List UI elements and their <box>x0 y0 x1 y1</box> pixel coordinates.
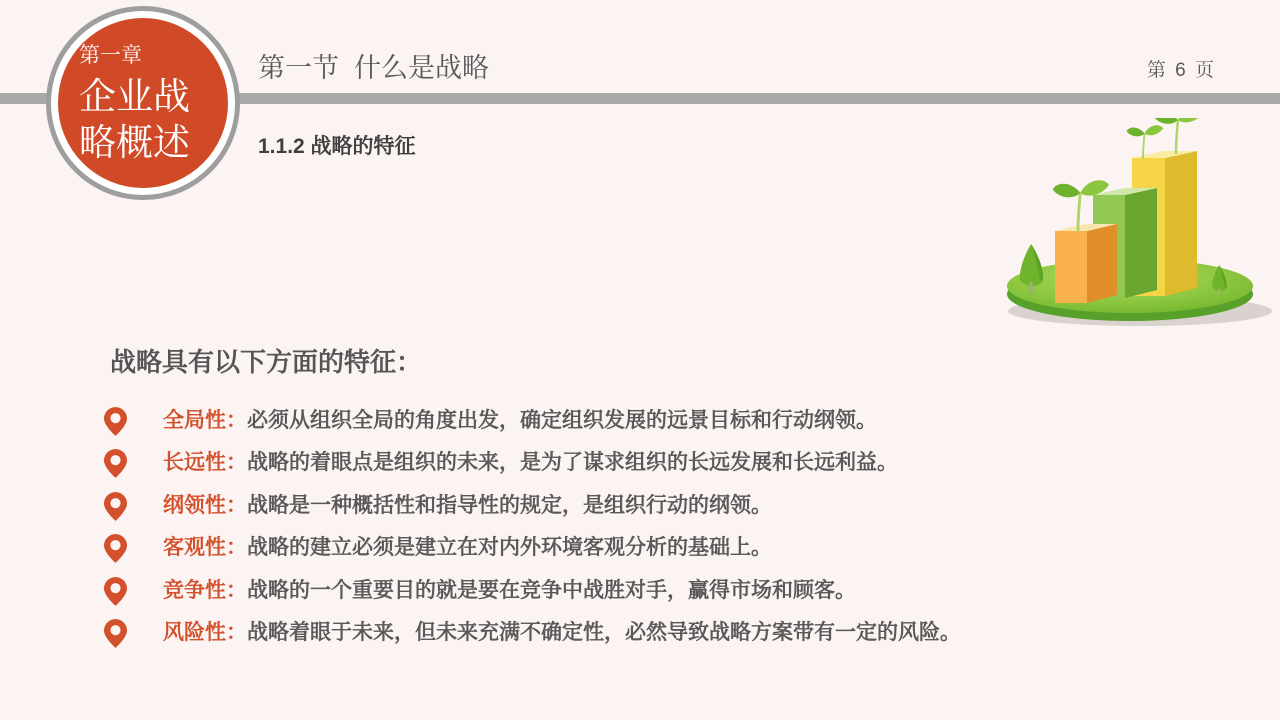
bullet-term: 长远性 <box>163 451 226 474</box>
chapter-label: 第一章 <box>79 43 228 69</box>
bullet-colon: ： <box>226 579 247 602</box>
bullet-colon: ： <box>226 409 247 432</box>
bullet-text: 客观性：战略的建立必须是建立在对内外环境客观分析的基础上。 <box>163 537 772 558</box>
location-pin-icon <box>104 449 127 478</box>
bullet-colon: ： <box>226 494 247 517</box>
bullet-item: 纲领性：战略是一种概括性和指导性的规定，是组织行动的纲领。 <box>104 484 961 527</box>
bullet-text: 纲领性：战略是一种概括性和指导性的规定，是组织行动的纲领。 <box>163 495 772 516</box>
section-title: 第一节 什么是战略 <box>258 46 489 85</box>
bullet-description: 战略是一种概括性和指导性的规定，是组织行动的纲领。 <box>247 494 772 517</box>
bullet-list: 全局性：必须从组织全局的角度出发，确定组织发展的远景目标和行动纲领。 长远性：战… <box>104 399 961 654</box>
location-pin-icon <box>104 619 127 648</box>
bullet-description: 必须从组织全局的角度出发，确定组织发展的远景目标和行动纲领。 <box>247 409 877 432</box>
bullet-description: 战略的一个重要目的就是要在竞争中战胜对手，赢得市场和顾客。 <box>247 579 856 602</box>
bullet-item: 全局性：必须从组织全局的角度出发，确定组织发展的远景目标和行动纲领。 <box>104 399 961 442</box>
bullet-item: 风险性：战略着眼于未来，但未来充满不确定性，必然导致战略方案带有一定的风险。 <box>104 612 961 655</box>
bullet-description: 战略的着眼点是组织的未来，是为了谋求组织的长远发展和长远利益。 <box>247 451 898 474</box>
bullet-colon: ： <box>226 536 247 559</box>
location-pin-icon <box>104 534 127 563</box>
chapter-badge-circle: 第一章 企业战 略概述 <box>58 18 228 188</box>
bullet-text: 全局性：必须从组织全局的角度出发，确定组织发展的远景目标和行动纲领。 <box>163 410 877 431</box>
location-pin-icon <box>104 577 127 606</box>
bullet-description: 战略的建立必须是建立在对内外环境客观分析的基础上。 <box>247 536 772 559</box>
bullet-term: 客观性 <box>163 536 226 559</box>
chapter-badge: 第一章 企业战 略概述 <box>46 6 240 200</box>
bullet-description: 战略着眼于未来，但未来充满不确定性，必然导致战略方案带有一定的风险。 <box>247 621 961 644</box>
bullet-text: 竞争性：战略的一个重要目的就是要在竞争中战胜对手，赢得市场和顾客。 <box>163 580 856 601</box>
bullet-term: 竞争性 <box>163 579 226 602</box>
bullet-term: 全局性 <box>163 409 226 432</box>
content-heading: 战略具有以下方面的特征： <box>110 342 422 379</box>
location-pin-icon <box>104 492 127 521</box>
bullet-text: 长远性：战略的着眼点是组织的未来，是为了谋求组织的长远发展和长远利益。 <box>163 452 898 473</box>
bullet-item: 客观性：战略的建立必须是建立在对内外环境客观分析的基础上。 <box>104 527 961 570</box>
bullet-item: 竞争性：战略的一个重要目的就是要在竞争中战胜对手，赢得市场和顾客。 <box>104 569 961 612</box>
bullet-item: 长远性：战略的着眼点是组织的未来，是为了谋求组织的长远发展和长远利益。 <box>104 442 961 485</box>
bar-chart-illustration <box>990 118 1280 338</box>
subsection-title: 1.1.2 战略的特征 <box>258 130 416 160</box>
bullet-term: 纲领性 <box>163 494 226 517</box>
chapter-title-line1: 企业战 <box>79 74 228 120</box>
bullet-colon: ： <box>226 621 247 644</box>
page-number: 第 6 页 <box>1147 55 1216 82</box>
bullet-text: 风险性：战略着眼于未来，但未来充满不确定性，必然导致战略方案带有一定的风险。 <box>163 622 961 643</box>
location-pin-icon <box>104 407 127 436</box>
bullet-term: 风险性 <box>163 621 226 644</box>
chapter-title-line2: 略概述 <box>79 120 228 166</box>
bullet-colon: ： <box>226 451 247 474</box>
